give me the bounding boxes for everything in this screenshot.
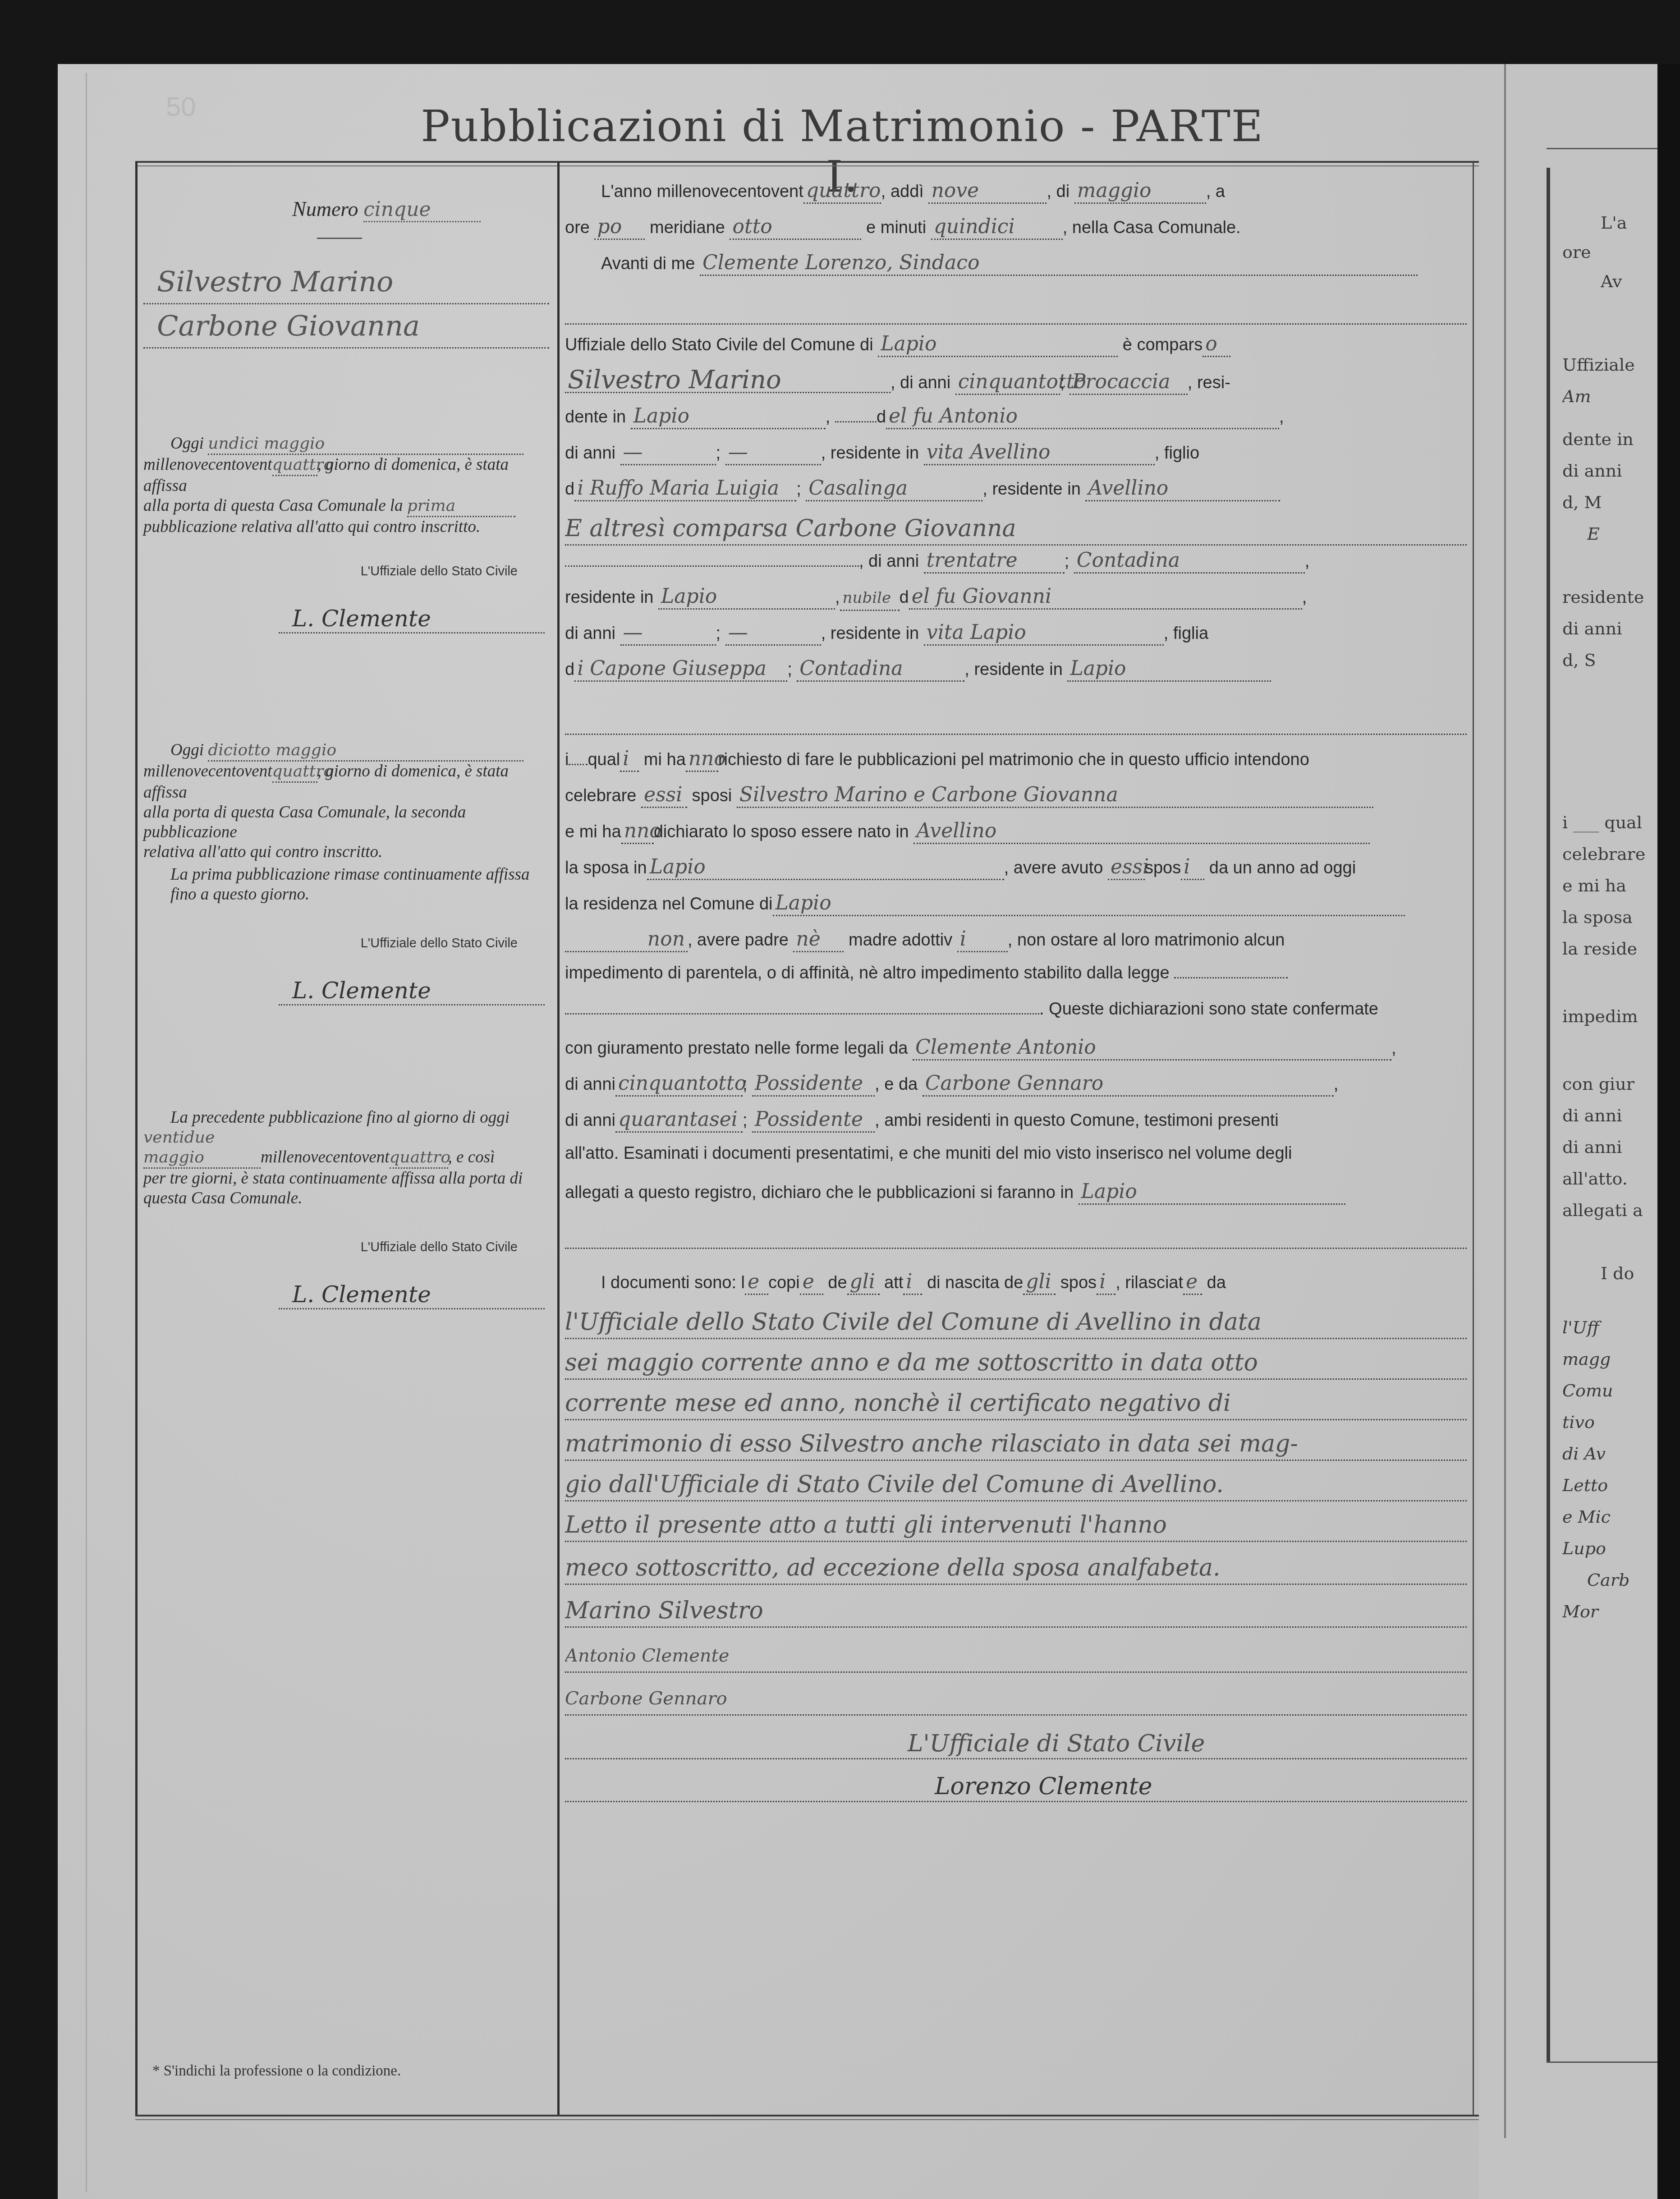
second-publication: Oggi diciotto maggio millenovecentoventq… — [143, 740, 549, 1005]
age-label: di anni — [565, 1111, 615, 1130]
bride-mother-field: i Capone Giuseppa — [574, 657, 787, 682]
year-prefix: millenovecentovent — [261, 1148, 390, 1166]
nascita-label: di nascita de — [927, 1273, 1023, 1292]
casa-comunale-label: , nella Casa Comunale. — [1063, 218, 1241, 237]
witness1-signature: Antonio Clemente — [565, 1640, 1467, 1673]
groom-signature: Marino Silvestro — [565, 1595, 1467, 1628]
witnesses-text: , ambi residenti in questo Comune, testi… — [875, 1111, 1279, 1130]
officer-continuation-line — [565, 292, 1467, 325]
adjacent-fragment: all'atto. — [1562, 1169, 1652, 1189]
separator: ; — [716, 624, 721, 643]
register-page: 50 Pubblicazioni di Matrimonio - PARTE I… — [58, 64, 1532, 2199]
avere-avuto-label: , avere avuto — [1004, 858, 1103, 877]
second-publication-date: diciotto maggio — [208, 740, 523, 762]
bride-age-field: trentatre — [924, 549, 1065, 574]
groom-father-field: el fu Antonio — [886, 404, 1279, 429]
fill: i — [1097, 1270, 1115, 1295]
fill: nè — [793, 927, 844, 952]
d-label: d — [877, 408, 886, 427]
groom-name: Silvestro Marino — [143, 260, 549, 304]
witness1-row: con giuramento prestato nelle forme lega… — [565, 1036, 1467, 1072]
fill: e — [1183, 1270, 1202, 1295]
officer-closing: L'Ufficiale di Stato Civile — [565, 1728, 1467, 1759]
mi-ha-label: mi ha — [644, 750, 686, 769]
year-label: L'anno millenovecentovent — [601, 182, 803, 201]
handwritten-line: meco sottoscritto, ad eccezione della sp… — [565, 1552, 1467, 1585]
groom-row: Silvestro Marino, di anni cinquantotto; … — [565, 368, 1467, 404]
separator: , — [1391, 1039, 1396, 1058]
groom-residence-row: dente in Lapio, del fu Antonio, — [565, 404, 1467, 441]
residente-label: , residente in — [821, 624, 919, 643]
bride-residence-field: Lapio — [658, 585, 835, 610]
ampm-field: po — [594, 215, 645, 240]
date-row: L'anno millenovecentoventquattro, addì n… — [565, 179, 1503, 215]
separator: , — [1305, 552, 1310, 571]
record-number: Numero cinque — [292, 197, 481, 222]
meridiane-label: meridiane — [650, 218, 725, 237]
officer-label: L'Uffiziale dello Stato Civile — [143, 936, 549, 951]
separator: , — [1302, 588, 1307, 607]
witness1-name-field: Clemente Antonio — [913, 1036, 1391, 1060]
handwritten-line: corrente mese ed anno, nonchè il certifi… — [565, 1387, 1467, 1420]
residence-comune-field: Lapio — [773, 891, 1405, 916]
age-label: , di anni — [890, 373, 950, 392]
bride-father-field: el fu Giovanni — [909, 585, 1302, 610]
adjacent-fragment: di Av — [1562, 1444, 1652, 1464]
residente-label: residente in — [565, 588, 653, 607]
officer-signature: L. Clemente — [279, 982, 545, 1005]
born-text: dichiarato lo sposo essere nato in — [654, 822, 909, 841]
celebrate-row: celebrare essi sposi Silvestro Marino e … — [565, 783, 1467, 819]
documents-row: I documenti sono: lecopie degli atti di … — [565, 1270, 1503, 1306]
request-text: richiesto di fare le pubblicazioni pel m… — [718, 750, 1309, 769]
separator: , — [1334, 1075, 1339, 1094]
numero-value: cinque — [363, 198, 481, 222]
frame-right-rule — [1473, 162, 1474, 2116]
sposa-in-label: la sposa in — [565, 858, 647, 877]
adjacent-fragment: impedim — [1562, 1006, 1652, 1026]
father-residence-field: vita Avellino — [924, 441, 1155, 465]
groom-father-details-row: di anni —; —, residente in vita Avellino… — [565, 441, 1467, 477]
confirmed-text: . Queste dichiarazioni sono state confer… — [1039, 1000, 1378, 1019]
request-row: iquali mi hannorichiesto di fare le pubb… — [565, 747, 1467, 783]
bride-row: , di anni trentatre; Contadina, — [565, 549, 1467, 585]
handwritten-line: gio dall'Ufficiale di Stato Civile del C… — [565, 1469, 1467, 1501]
bride-name-continuation — [565, 565, 859, 567]
witness1-profession-field: Possidente — [752, 1072, 875, 1097]
fill: i — [1181, 855, 1204, 880]
officer-label: L'Uffiziale dello Stato Civile — [143, 564, 549, 579]
documents-label: I documenti sono: l — [601, 1273, 745, 1292]
handwritten-line: Letto il presente atto a tutti gli inter… — [565, 1509, 1467, 1542]
celebrare-label: celebrare — [565, 786, 636, 805]
adjacent-page: L'a ore Av Uffiziale Am dente in di anni… — [1479, 64, 1680, 2199]
separator: ; — [743, 1111, 748, 1130]
first-publication: Oggi undici maggio millenovecentoventqua… — [143, 434, 549, 634]
fill: nno — [621, 819, 654, 844]
spos-label: spos — [1145, 858, 1181, 877]
groom-birthplace-field: Avellino — [913, 819, 1370, 844]
adjacent-fragment: i ___ qual — [1562, 813, 1652, 832]
frame-column-divider — [557, 162, 560, 2116]
oath-text: con giuramento prestato nelle forme lega… — [565, 1039, 908, 1058]
bride-name: Carbone Giovanna — [143, 304, 549, 349]
father-age-field: — — [620, 441, 716, 465]
officer-row: Avanti di me Clemente Lorenzo, Sindaco — [565, 251, 1503, 287]
day-field: nove — [928, 179, 1047, 204]
year-text: da un anno ad oggi — [1209, 858, 1356, 877]
couple-names: Silvestro Marino Carbone Giovanna — [143, 260, 549, 349]
separator: ; — [1060, 373, 1065, 392]
bride-intro-line: E altresì comparsa Carbone Giovanna — [565, 513, 1467, 546]
witness2-profession-field: Possidente — [752, 1108, 875, 1133]
bride-father-profession-field: — — [725, 621, 821, 646]
short-rule — [317, 238, 362, 239]
fill — [569, 764, 588, 765]
witness2-row: di annicinquantotto; Possidente, e da Ca… — [565, 1072, 1467, 1108]
adjacent-fragment: magg — [1562, 1349, 1652, 1369]
profession-footnote: * S'indichi la professione o la condizio… — [152, 2063, 401, 2080]
comune-field: Lapio — [878, 332, 1118, 357]
adjacent-fragment: l'Uff — [1562, 1318, 1652, 1337]
age-label: di anni — [565, 624, 615, 643]
figlio-label: , figlio — [1155, 444, 1199, 463]
ore-label: ore — [565, 218, 590, 237]
blank-field — [835, 421, 877, 422]
sposi-label: spos — [1060, 1273, 1097, 1292]
adjacent-fragment: d, S — [1562, 650, 1652, 670]
atti-label: att — [884, 1273, 903, 1292]
bride-father-residence-field: vita Lapio — [924, 621, 1164, 646]
sposi-label: sposi — [692, 786, 732, 805]
no-obstacle-text: , non ostare al loro matrimonio alcun — [1008, 931, 1285, 950]
adoptive-row: non, avere padre nè madre adottiv i, non… — [565, 927, 1467, 964]
fill: i — [957, 927, 1008, 952]
bride-profession-field: Contadina — [1074, 549, 1305, 574]
padre-label: , avere padre — [688, 931, 789, 950]
adjacent-fragment: con giur — [1562, 1074, 1652, 1094]
fill: i — [620, 747, 639, 772]
time-row: ore po meridiane otto e minuti quindici,… — [565, 215, 1467, 251]
oggi-label: Oggi — [170, 741, 204, 759]
groom-residence-field: Lapio — [631, 404, 826, 429]
page-fold-line — [86, 73, 87, 2192]
ordinal-fill: prima — [407, 496, 515, 517]
adjacent-fragment: Mor — [1562, 1602, 1652, 1621]
impediment-field — [1174, 977, 1288, 978]
avanti-label: Avanti di me — [601, 254, 695, 273]
witness2-signature: Carbone Gennaro — [565, 1683, 1467, 1716]
adjacent-fragment: allegati a — [1562, 1200, 1652, 1220]
gender-suffix-field: o — [1203, 332, 1230, 357]
negation-field: non — [565, 927, 688, 952]
bride-mother-profession-field: Contadina — [797, 657, 964, 682]
witness2-age-field: quarantasei — [615, 1108, 743, 1133]
adjacent-fragment: residente — [1562, 587, 1652, 607]
binding-thread — [1504, 64, 1506, 2138]
bride-birthplace-field: Lapio — [647, 855, 1004, 880]
bride-residence-row: residente in Lapio,nubiledel fu Giovanni… — [565, 585, 1467, 621]
d-label: d — [565, 660, 574, 679]
da-label: da — [1207, 1273, 1226, 1292]
separator: , — [826, 408, 831, 427]
publication-place-text: allegati a questo registro, dichiaro che… — [565, 1183, 1074, 1202]
separator: , — [835, 588, 840, 607]
madre-label: madre adottiv — [849, 931, 952, 950]
frame-left-rule — [135, 162, 138, 2116]
confirmed-row: . Queste dichiarazioni sono state confer… — [565, 1000, 1467, 1036]
casa-comunale-text: questa Casa Comunale. — [143, 1189, 549, 1208]
groom-name-field: Silvestro Marino — [565, 368, 890, 393]
oggi-label: Oggi — [170, 434, 204, 453]
year-fill: quattro — [272, 762, 317, 783]
witness2-name-field: Carbone Gennaro — [923, 1072, 1334, 1097]
separator: , — [1279, 408, 1284, 427]
age-label: di anni — [565, 1075, 615, 1094]
adjacent-fragment: ore — [1562, 242, 1652, 262]
residente-label: , residente in — [821, 444, 919, 463]
officer-signature: L. Clemente — [279, 610, 545, 634]
fill: gli — [847, 1270, 880, 1295]
first-publication-date: undici maggio — [208, 434, 523, 455]
publication-place-field: Lapio — [1079, 1180, 1345, 1205]
adjacent-fragment: e Mic — [1562, 1507, 1652, 1527]
impediment-continuation — [565, 1013, 1039, 1015]
couple-field: Silvestro Marino e Carbone Giovanna — [737, 783, 1373, 808]
adjacent-fragment: Lupo — [1562, 1538, 1652, 1558]
scan-edge — [1657, 64, 1680, 2199]
documents-examined-row: all'atto. Esaminati i documenti presenta… — [565, 1144, 1467, 1180]
groom-mother-field: i Ruffo Maria Luigia — [574, 477, 796, 501]
impediment-row: impedimento di parentela, o di affinità,… — [565, 964, 1467, 1000]
adjacent-fragment: tivo — [1562, 1412, 1652, 1432]
separator: ; — [1065, 552, 1070, 571]
adjacent-fragment: Am — [1562, 386, 1652, 406]
fill: gli — [1023, 1270, 1056, 1295]
separator: ; — [716, 444, 721, 463]
blank-line — [565, 1216, 1467, 1249]
resi-label: , resi- — [1188, 373, 1230, 392]
month-field: maggio — [1074, 179, 1206, 204]
comparso-label: è compars — [1123, 335, 1203, 354]
bride-father-details-row: di anni —; —, residente in vita Lapio, f… — [565, 621, 1467, 657]
groom-profession-field: Procaccia — [1070, 370, 1188, 395]
di-label: , di — [1047, 182, 1070, 201]
age-label: di anni — [565, 444, 615, 463]
residente-label: , residente in — [982, 480, 1081, 499]
adjacent-frame-bottom — [1547, 2061, 1673, 2063]
father-profession-field: — — [725, 441, 821, 465]
fill: essi — [1108, 855, 1145, 880]
numero-label: Numero — [292, 197, 358, 220]
groom-birthplace-row: e mi hannodichiarato lo sposo essere nat… — [565, 819, 1467, 855]
officer-signature: L. Clemente — [279, 1285, 545, 1309]
bride-mother-residence-field: Lapio — [1067, 657, 1271, 682]
adjacent-fragment: la reside — [1562, 939, 1652, 959]
adjacent-frame-top — [1547, 148, 1673, 149]
mi-ha-label: e mi ha — [565, 822, 621, 841]
adjacent-fragment: la sposa — [1562, 907, 1652, 927]
adjacent-fragment: di anni — [1562, 1106, 1652, 1125]
adjacent-fragment: Comu — [1562, 1381, 1652, 1400]
fill: e — [800, 1270, 823, 1295]
adjacent-fragment: di anni — [1562, 1137, 1652, 1157]
d-label: d — [565, 480, 574, 499]
year-prefix: millenovecentovent — [143, 455, 272, 474]
adjacent-fragment: celebrare — [1562, 844, 1652, 864]
year-field: quattro — [803, 179, 881, 204]
witness2-details-row: di anniquarantasei; Possidente, ambi res… — [565, 1108, 1467, 1144]
d-label: d — [900, 588, 909, 607]
residence-comune-row: la residenza nel Comune diLapio — [565, 891, 1467, 927]
adjacent-fragment: di anni — [1562, 461, 1652, 481]
fill: essi — [641, 783, 687, 808]
officer-field: Clemente Lorenzo, Sindaco — [700, 251, 1418, 276]
hour-field: otto — [730, 215, 861, 240]
bride-birthplace-row: la sposa inLapio, avere avuto essisposi … — [565, 855, 1467, 891]
bride-father-age-field: — — [620, 621, 716, 646]
separator: ; — [787, 660, 792, 679]
a-label: , a — [1206, 182, 1225, 201]
frame-top-rule — [135, 161, 1547, 166]
inscribed-text: relativa all'atto qui contro inscritto. — [143, 842, 549, 862]
groom-age-field: cinquantotto — [955, 370, 1060, 395]
adjacent-frame-left — [1547, 168, 1550, 2061]
bride-status-field: nubile — [840, 586, 900, 611]
dente-in-label: dente in — [565, 408, 626, 427]
bride-mother-row: di Capone Giuseppa; Contadina, residente… — [565, 657, 1467, 693]
cosi-text: , e così — [448, 1148, 495, 1166]
frame-bottom-rule — [135, 2115, 1547, 2120]
adjacent-fragment: Letto — [1562, 1475, 1652, 1495]
witness1-age-field: cinquantotto — [615, 1072, 743, 1097]
inscribed-text: pubblicazione relativa all'atto qui cont… — [143, 517, 549, 537]
rilasciate-label: , rilasciat — [1115, 1273, 1183, 1292]
e-da-label: , e da — [875, 1075, 918, 1094]
groom-mother-row: di Ruffo Maria Luigia; Casalinga, reside… — [565, 477, 1467, 513]
minutes-field: quindici — [931, 215, 1063, 240]
fill: i — [903, 1270, 922, 1295]
end-date-fill: ventidue maggio — [143, 1128, 261, 1169]
de-label: de — [828, 1273, 847, 1292]
addi-label: , addì — [881, 182, 924, 201]
first-pub-note: La prima pubblicazione rimase continuame… — [143, 865, 549, 904]
adjacent-fragment: di anni — [1562, 619, 1652, 638]
three-days-text: per tre giorni, è stata continuamente af… — [143, 1169, 549, 1189]
precedent-text: La precedente pubblicazione fino al gior… — [143, 1108, 549, 1128]
ghost-page-number: 50 — [166, 91, 196, 122]
officer-closing-signature: Lorenzo Clemente — [565, 1771, 1467, 1802]
qual-label: qual — [588, 750, 620, 769]
adjacent-fragment: e mi ha — [1562, 876, 1652, 895]
handwritten-line: matrimonio di esso Silvestro anche rilas… — [565, 1428, 1467, 1461]
i-label: i — [565, 750, 569, 769]
impediment-text: impedimento di parentela, o di affinità,… — [565, 964, 1170, 982]
minuti-label: e minuti — [866, 218, 926, 237]
figlia-label: , figlia — [1164, 624, 1208, 643]
fill: nno — [686, 747, 718, 772]
comune-label: Uffiziale dello Stato Civile del Comune … — [565, 335, 873, 354]
mother-residence-field: Avellino — [1085, 477, 1280, 501]
blank-line — [565, 702, 1467, 735]
separator: ; — [796, 480, 801, 499]
age-label: , di anni — [859, 552, 919, 571]
year-fill: quattro — [272, 455, 317, 476]
publication-place-row: allegati a questo registro, dichiaro che… — [565, 1180, 1467, 1216]
handwritten-line: sei maggio corrente anno e da me sottosc… — [565, 1347, 1467, 1380]
handwritten-line: l'Ufficiale dello Stato Civile del Comun… — [565, 1306, 1467, 1339]
door-text: alla porta di questa Casa Comunale la — [143, 496, 403, 515]
year-fill: quattro — [390, 1148, 448, 1169]
residenza-label: la residenza nel Comune di — [565, 895, 773, 914]
copie-label: copi — [768, 1273, 800, 1292]
residente-label: , residente in — [964, 660, 1063, 679]
mother-profession-field: Casalinga — [806, 477, 982, 501]
comune-row: Uffiziale dello Stato Civile del Comune … — [565, 332, 1467, 368]
officer-label: L'Uffiziale dello Stato Civile — [143, 1240, 549, 1255]
second-pub-text: alla porta di questa Casa Comunale, la s… — [143, 803, 549, 842]
third-publication: La precedente pubblicazione fino al gior… — [143, 1108, 549, 1309]
adjacent-fragment: Uffiziale — [1562, 355, 1652, 375]
fill: e — [745, 1270, 768, 1295]
adjacent-fragment: d, M — [1562, 492, 1652, 512]
year-prefix: millenovecentovent — [143, 762, 272, 780]
adjacent-fragment: dente in — [1562, 429, 1652, 449]
separator: ; — [743, 1075, 748, 1094]
